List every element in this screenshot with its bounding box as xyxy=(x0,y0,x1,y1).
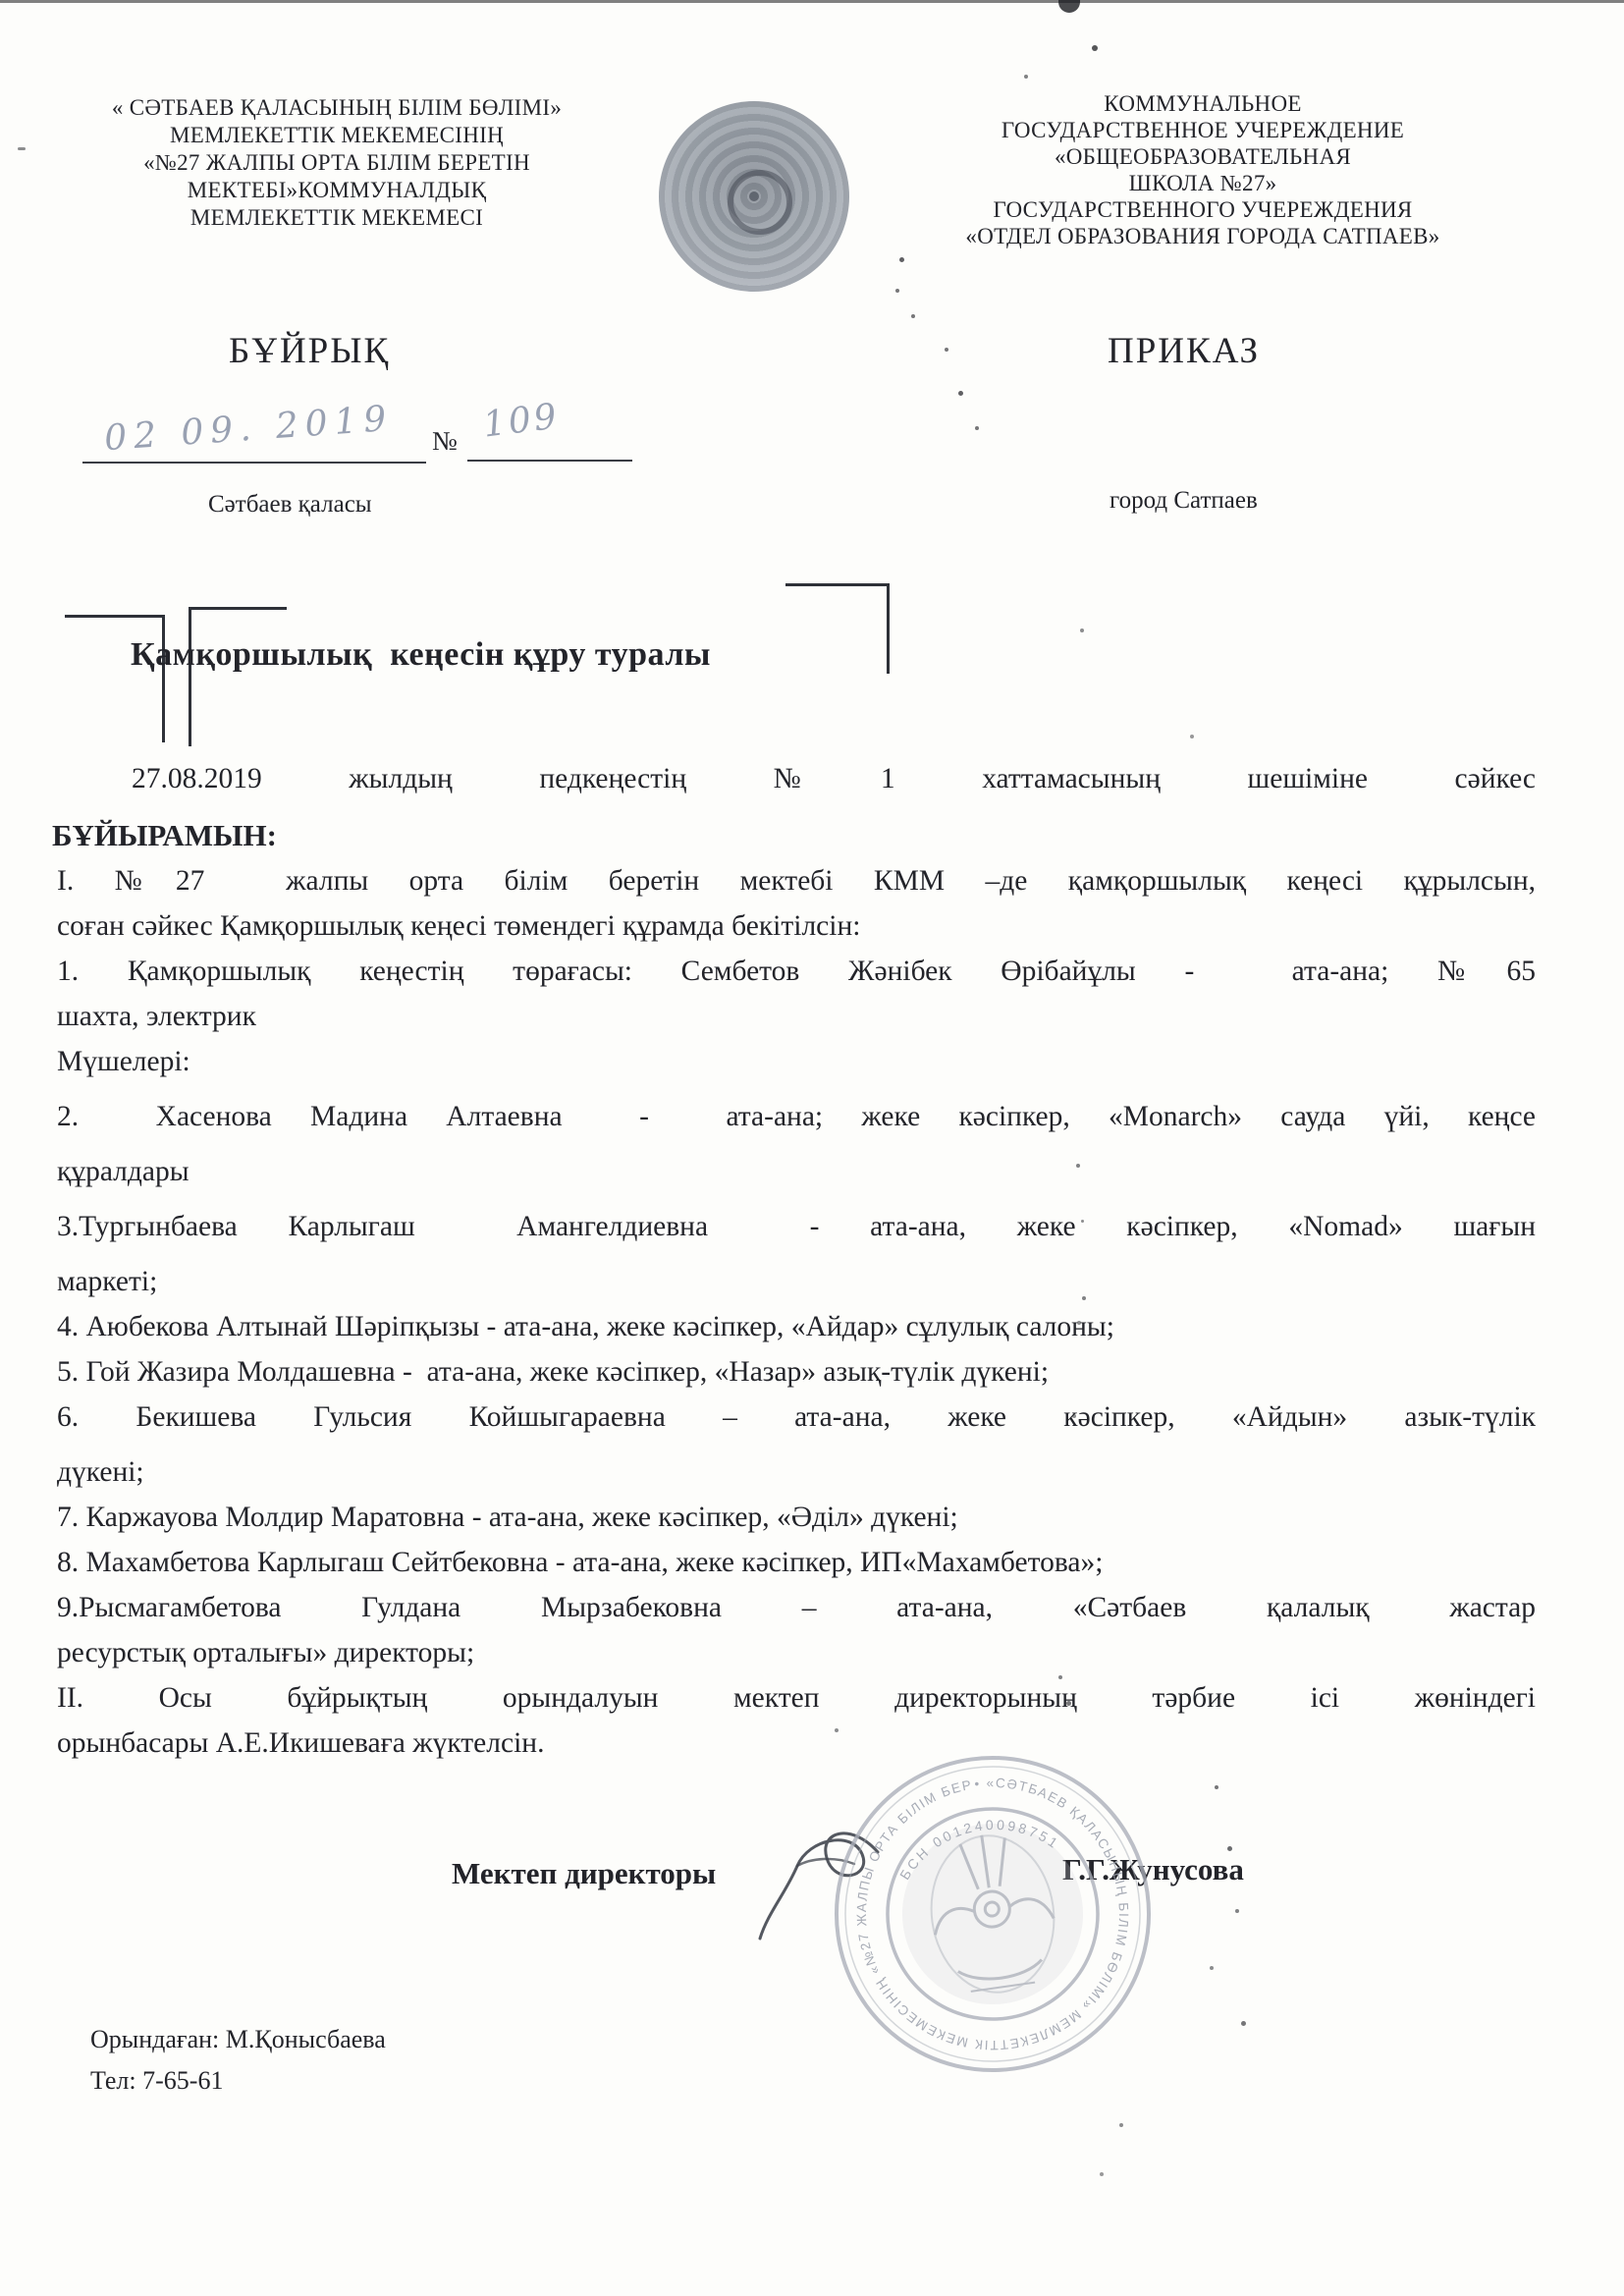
body-line: 8. Махамбетова Карлыгаш Сейтбековна - ат… xyxy=(57,1540,1536,1585)
header-org-russian: КОММУНАЛЬНОЕ ГОСУДАРСТВЕННОЕ УЧЕРЕЖДЕНИЕ… xyxy=(862,90,1543,249)
ink-speck xyxy=(1077,1321,1081,1325)
org-line: ГОСУДАРСТВЕННОЕ УЧЕРЕЖДЕНИЕ xyxy=(862,117,1543,143)
ink-speck xyxy=(1210,1966,1214,1970)
ink-speck xyxy=(18,147,26,150)
ink-speck xyxy=(1080,629,1084,632)
emblem-center-dot xyxy=(749,191,759,201)
handwritten-date: 02 09. 2019 xyxy=(103,399,395,459)
org-line: ШКОЛА №27» xyxy=(862,170,1543,196)
org-line: МЕКТЕБІ»КОММУНАЛДЫҚ xyxy=(47,177,626,204)
ink-speck xyxy=(1100,2172,1104,2176)
date-underline xyxy=(82,462,426,464)
body-line: 1. Қамқоршылық кеңестің төрағасы: Сембет… xyxy=(57,949,1536,994)
ink-speck xyxy=(1215,1785,1218,1789)
ink-speck xyxy=(1241,2021,1246,2026)
phone-line: Тел: 7-65-61 xyxy=(90,2066,223,2096)
place-kazakh: Сәтбаев қаласы xyxy=(208,491,372,519)
ink-speck xyxy=(895,289,899,293)
document-subject-title: Қамқоршылық кеңесін құру туралы xyxy=(131,636,711,674)
ink-speck xyxy=(911,314,915,318)
ink-speck xyxy=(1058,1675,1062,1679)
body-line: 27.08.2019 жылдың педкеңестің №1 хаттама… xyxy=(57,756,1536,801)
ink-speck xyxy=(1076,1164,1080,1168)
body-line: 3.Тургынбаева Карлыгаш Амангелдиевна - а… xyxy=(57,1204,1536,1249)
ink-speck xyxy=(1119,2123,1123,2127)
org-line: «№27 ЖАЛПЫ ОРТА БІЛІМ БЕРЕТІН xyxy=(47,149,626,177)
body-line: Мүшелері: xyxy=(57,1039,1536,1084)
body-line: 9.Рысмагамбетова Гулдана Мырзабековна – … xyxy=(57,1585,1536,1630)
body-line: 6. Бекишева Гульсия Койшыгараевна – ата-… xyxy=(57,1394,1536,1440)
org-line: «ОТДЕЛ ОБРАЗОВАНИЯ ГОРОДА САТПАЕВ» xyxy=(862,223,1543,249)
ink-speck xyxy=(1082,1296,1086,1300)
body-line: 7. Каржауова Молдир Маратовна - ата-ана,… xyxy=(57,1495,1536,1540)
body-line: I. №27 жалпы орта білім беретін мектебі … xyxy=(57,858,1536,903)
signature-role-label: Мектеп директоры xyxy=(452,1856,716,1891)
org-line: МЕМЛЕКЕТТІК МЕКЕМЕСІ xyxy=(47,204,626,232)
org-line: МЕМЛЕКЕТТІК МЕКЕМЕСІНІҢ xyxy=(47,122,626,149)
ink-speck xyxy=(1235,1909,1239,1913)
body-line: маркеті; xyxy=(57,1259,1536,1304)
corner-mark xyxy=(189,607,287,610)
corner-mark xyxy=(162,615,165,742)
ink-speck xyxy=(1066,1701,1071,1706)
body-line: шахта, электрик xyxy=(57,994,1536,1039)
body-line: ресурстық орталығы» директоры; xyxy=(57,1630,1536,1675)
resolution-word: БҰЙЫРАМЫН: xyxy=(52,813,1536,858)
round-stamp: • «СӘТБАЕВ ҚАЛАСЫНЫҢ БІЛІМ БӨЛІМІ» МЕМЛЕ… xyxy=(801,1722,1185,2106)
body-line: 4. Аюбекова Алтынай Шәріпқызы - ата-ана,… xyxy=(57,1304,1536,1349)
corner-mark xyxy=(785,583,890,586)
ink-speck xyxy=(899,257,904,262)
scan-edge-line xyxy=(0,0,1624,3)
body-line: құралдары xyxy=(57,1149,1536,1194)
org-line: ГОСУДАРСТВЕННОГО УЧЕРЕЖДЕНИЯ xyxy=(862,196,1543,223)
header-org-kazakh: « СӘТБАЕВ ҚАЛАСЫНЫҢ БІЛІМ БӨЛІМІ» МЕМЛЕК… xyxy=(47,94,626,232)
emblem-inner-ring xyxy=(728,170,792,235)
order-body: 27.08.2019 жылдың педкеңестің №1 хаттама… xyxy=(57,756,1536,1766)
executor-line: Орындаған: М.Қонысбаева xyxy=(90,2025,386,2054)
order-word-kazakh: БҰЙРЫҚ xyxy=(229,330,390,372)
ink-speck xyxy=(1058,0,1080,13)
corner-mark xyxy=(65,615,165,618)
number-sign: № xyxy=(432,426,458,457)
ink-speck xyxy=(945,348,948,352)
ink-speck xyxy=(958,391,963,396)
state-emblem-icon xyxy=(659,101,849,292)
body-line: соған сәйкес Қамқоршылық кеңесі төмендег… xyxy=(57,903,1536,949)
handwritten-order-number: 109 xyxy=(481,396,562,445)
org-line: КОММУНАЛЬНОЕ xyxy=(862,90,1543,117)
body-line: дүкені; xyxy=(57,1449,1536,1495)
ink-speck xyxy=(1081,1220,1084,1223)
ink-speck xyxy=(975,426,979,430)
body-line: 5. Гой Жазира Молдашевна - ата-ана, жеке… xyxy=(57,1349,1536,1394)
document-page: « СӘТБАЕВ ҚАЛАСЫНЫҢ БІЛІМ БӨЛІМІ» МЕМЛЕК… xyxy=(0,0,1624,2296)
body-line: 2. Хасенова Мадина Алтаевна - ата-ана; ж… xyxy=(57,1094,1536,1139)
org-line: «ОБЩЕОБРАЗОВАТЕЛЬНАЯ xyxy=(862,143,1543,170)
order-word-russian: ПРИКАЗ xyxy=(1108,330,1260,372)
ink-speck xyxy=(1190,735,1194,738)
ink-speck xyxy=(1227,1846,1232,1851)
body-line: II. Осы бұйрықтың орындалуын мектеп дире… xyxy=(57,1675,1536,1721)
number-underline xyxy=(467,460,632,462)
ink-speck xyxy=(1072,1414,1076,1418)
corner-mark xyxy=(189,607,191,746)
ink-speck xyxy=(1092,45,1098,51)
body-line: орынбасары А.Е.Икишеваға жүктелсін. xyxy=(57,1721,1536,1766)
ink-speck xyxy=(1024,75,1028,79)
org-line: « СӘТБАЕВ ҚАЛАСЫНЫҢ БІЛІМ БӨЛІМІ» xyxy=(47,94,626,122)
corner-mark xyxy=(887,583,890,674)
ink-speck xyxy=(835,1728,839,1732)
place-russian: город Сатпаев xyxy=(1110,487,1258,515)
